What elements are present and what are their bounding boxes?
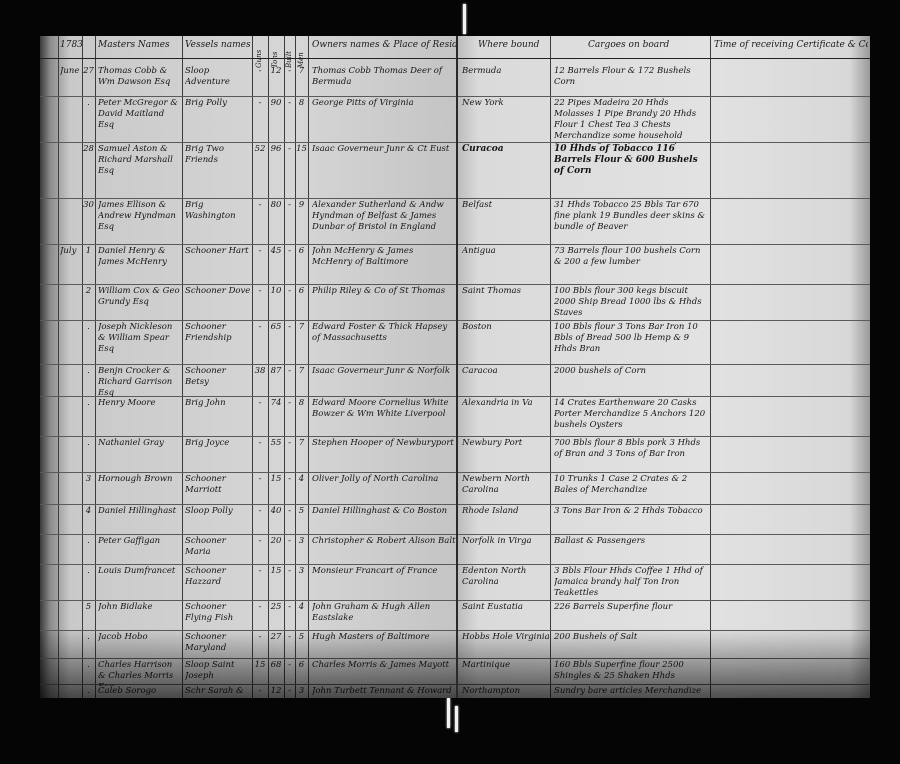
built: - (284, 366, 295, 398)
men: 8 (295, 398, 308, 438)
where-bound: New York (462, 98, 550, 144)
masters-names: Peter Gaffigan (98, 536, 182, 566)
month (60, 566, 82, 602)
day: . (82, 366, 95, 398)
vessel-name: Schooner Hart (185, 246, 252, 286)
guns: - (252, 506, 268, 536)
where-bound: Norfolk in Virga (462, 536, 550, 566)
where-bound: Curacoa (462, 144, 550, 200)
masters-names: Jacob Hobo (98, 632, 182, 660)
owners-residence: Edward Moore Cornelius White Bowzer & Wm… (312, 398, 456, 438)
day: . (82, 98, 95, 144)
vessel-name: Schooner Maryland (185, 632, 252, 660)
day: . (82, 536, 95, 566)
guns: 38 (252, 366, 268, 398)
month (60, 98, 82, 144)
guns: 52 (252, 144, 268, 200)
built: - (284, 438, 295, 474)
built: - (284, 602, 295, 632)
vessel-name: Brig John (185, 398, 252, 438)
where-bound: Boston (462, 322, 550, 366)
built: - (284, 246, 295, 286)
men: 6 (295, 660, 308, 686)
left-page: 1783 Masters Names Vessels names Guns To… (40, 36, 458, 698)
ledger-scan: 1783 Masters Names Vessels names Guns To… (0, 0, 900, 764)
month: June (60, 66, 82, 98)
where-bound: Newbury Port (462, 438, 550, 474)
month (60, 536, 82, 566)
men: 3 (295, 536, 308, 566)
guns: - (252, 322, 268, 366)
vessel-name: Schooner Marriott (185, 474, 252, 506)
tons: 80 (268, 200, 284, 246)
men: 3 (295, 686, 308, 698)
guns: - (252, 286, 268, 322)
month (60, 322, 82, 366)
men: 7 (295, 366, 308, 398)
owners-residence: Monsieur Francart of France (312, 566, 456, 602)
vessel-name: Sloop Polly (185, 506, 252, 536)
tons: 15 (268, 566, 284, 602)
vessel-name: Schooner Maria (185, 536, 252, 566)
masters-names: William Cox & Geo Grundy Esq (98, 286, 182, 322)
owners-residence: Alexander Sutherland & Andw Hyndman of B… (312, 200, 456, 246)
binding-clip-bottom-2 (455, 706, 458, 732)
header-owners: Owners names & Place of Residence (312, 40, 456, 50)
masters-names: James Ellison & Andrew Hyndman Esq (98, 200, 182, 246)
cargo: 100 Bbls flour 300 kegs biscuit 2000 Shi… (554, 286, 708, 322)
header-vessels: Vessels names (185, 40, 251, 50)
cargo: 14 Crates Earthenware 20 Casks Porter Me… (554, 398, 708, 438)
cargo: 3 Tons Bar Iron & 2 Hhds Tobacco (554, 506, 708, 536)
cargo: Ballast & Passengers (554, 536, 708, 566)
owners-residence: John McHenry & James McHenry of Baltimor… (312, 246, 456, 286)
cargo: 31 Hhds Tobacco 25 Bbls Tar 670 fine pla… (554, 200, 708, 246)
guns: - (252, 686, 268, 698)
where-bound: Hobbs Hole Virginia (462, 632, 550, 660)
right-page: Where bound Cargoes on board Time of rec… (458, 36, 870, 698)
month (60, 200, 82, 246)
tons: 90 (268, 98, 284, 144)
month (60, 144, 82, 200)
cargo: 100 Bbls flour 3 Tons Bar Iron 10 Bbls o… (554, 322, 708, 366)
tons: 87 (268, 366, 284, 398)
built: - (284, 286, 295, 322)
cargo: 22 Pipes Madeira 20 Hhds Molasses 1 Pipe… (554, 98, 708, 144)
masters-names: Hornough Brown (98, 474, 182, 506)
owners-residence: Isaac Governeur Junr & Norfolk (312, 366, 456, 398)
guns: - (252, 602, 268, 632)
masters-names: Louis Dumfrancet (98, 566, 182, 602)
where-bound: Bermuda (462, 66, 550, 98)
masters-names: Henry Moore (98, 398, 182, 438)
where-bound: Edenton North Carolina (462, 566, 550, 602)
owners-residence: John Turbett Tennant & Howard Esq Co (312, 686, 456, 698)
day: . (82, 322, 95, 366)
built: - (284, 632, 295, 660)
owners-residence: George Pitts of Virginia (312, 98, 456, 144)
header-where-bound: Where bound (478, 40, 548, 50)
masters-names: Thomas Cobb & Wm Dawson Esq (98, 66, 182, 98)
month (60, 506, 82, 536)
owners-residence: Daniel Hillinghast & Co Boston (312, 506, 456, 536)
where-bound: Martinique (462, 660, 550, 686)
cargo: 700 Bbls flour 8 Bbls pork 3 Hhds of Bra… (554, 438, 708, 474)
vessel-name: Schooner Dove (185, 286, 252, 322)
owners-residence: John Graham & Hugh Allen Eastslake (312, 602, 456, 632)
men: 7 (295, 438, 308, 474)
guns: - (252, 566, 268, 602)
tons: 40 (268, 506, 284, 536)
month (60, 602, 82, 632)
day: . (82, 398, 95, 438)
men: 8 (295, 98, 308, 144)
where-bound: Caracoa (462, 366, 550, 398)
vessel-name: Sloop Adventure (185, 66, 252, 98)
masters-names: Nathaniel Gray (98, 438, 182, 474)
owners-residence: Thomas Cobb Thomas Deer of Bermuda (312, 66, 456, 98)
owners-residence: Philip Riley & Co of St Thomas (312, 286, 456, 322)
month (60, 632, 82, 660)
where-bound: Northampton Virginia (462, 686, 550, 698)
day: . (82, 686, 95, 698)
month (60, 398, 82, 438)
men: 4 (295, 602, 308, 632)
cargo: Sundry bare articles Merchandize (554, 686, 708, 698)
vessel-name: Brig Washington (185, 200, 252, 246)
day: 1 (82, 246, 95, 286)
header-date: 1783 (60, 40, 84, 50)
binding-clip-top (463, 4, 466, 34)
guns: 15 (252, 660, 268, 686)
owners-residence: Charles Morris & James Mayott (312, 660, 456, 686)
header-built: Built (285, 42, 295, 68)
masters-names: Benjn Crocker & Richard Garrison Esq (98, 366, 182, 398)
owners-residence: Isaac Governeur Junr & Ct Eust (312, 144, 456, 200)
masters-names: Joseph Nickleson & William Spear Esq (98, 322, 182, 366)
header-tons: Tons (271, 42, 281, 68)
month: July (60, 246, 82, 286)
men: 4 (295, 474, 308, 506)
masters-names: Caleb Sorogo (98, 686, 182, 698)
built: - (284, 398, 295, 438)
month (60, 474, 82, 506)
month (60, 660, 82, 686)
tons: 68 (268, 660, 284, 686)
built: - (284, 322, 295, 366)
day: 28 (82, 144, 95, 200)
masters-names: Charles Harrison & Charles Morris Esq (98, 660, 182, 686)
guns: - (252, 438, 268, 474)
built: - (284, 566, 295, 602)
owners-residence: Christopher & Robert Alison Balt (312, 536, 456, 566)
built: - (284, 686, 295, 698)
day: 3 (82, 474, 95, 506)
month (60, 366, 82, 398)
day: 4 (82, 506, 95, 536)
header-time: Time of receiving Certificate & Consulti… (714, 40, 868, 50)
month (60, 686, 82, 698)
tons: 25 (268, 602, 284, 632)
tons: 20 (268, 536, 284, 566)
masters-names: John Bidlake (98, 602, 182, 632)
where-bound: Rhode Island (462, 506, 550, 536)
cargo: 12 Barrels Flour & 172 Bushels Corn (554, 66, 708, 98)
where-bound: Alexandria in Va (462, 398, 550, 438)
guns: - (252, 66, 268, 98)
header-cargoes: Cargoes on board (588, 40, 708, 50)
vessel-name: Brig Polly (185, 98, 252, 144)
built: - (284, 98, 295, 144)
month (60, 438, 82, 474)
tons: 27 (268, 632, 284, 660)
owners-residence: Oliver Jolly of North Carolina (312, 474, 456, 506)
guns: - (252, 246, 268, 286)
built: - (284, 66, 295, 98)
tons: 15 (268, 474, 284, 506)
built: - (284, 660, 295, 686)
men: 6 (295, 286, 308, 322)
day: . (82, 438, 95, 474)
men: 15 (295, 144, 308, 200)
built: - (284, 200, 295, 246)
header-men: Men (297, 42, 307, 68)
vessel-name: Schooner Friendship (185, 322, 252, 366)
where-bound: Saint Thomas (462, 286, 550, 322)
masters-names: Daniel Henry & James McHenry (98, 246, 182, 286)
tons: 74 (268, 398, 284, 438)
masters-names: Peter McGregor & David Maitland Esq (98, 98, 182, 144)
guns: - (252, 474, 268, 506)
tons: 10 (268, 286, 284, 322)
guns: - (252, 200, 268, 246)
masters-names: Daniel Hillinghast (98, 506, 182, 536)
guns: - (252, 398, 268, 438)
day: 5 (82, 602, 95, 632)
men: 5 (295, 632, 308, 660)
built: - (284, 536, 295, 566)
masters-names: Samuel Aston & Richard Marshall Esq (98, 144, 182, 200)
where-bound: Antigua (462, 246, 550, 286)
guns: - (252, 632, 268, 660)
vessel-name: Schr Sarah & Nancy (185, 686, 252, 698)
vessel-name: Schooner Flying Fish (185, 602, 252, 632)
tons: 12 (268, 66, 284, 98)
vessel-name: Brig Two Friends (185, 144, 252, 200)
tons: 96 (268, 144, 284, 200)
cargo: 10 Hhds of Tobacco 116 Barrels Flour & 6… (554, 144, 708, 200)
vessel-name: Schooner Betsy (185, 366, 252, 398)
vessel-name: Sloop Saint Joseph (185, 660, 252, 686)
day: 2 (82, 286, 95, 322)
vessel-name: Schooner Hazzard (185, 566, 252, 602)
men: 6 (295, 246, 308, 286)
built: - (284, 506, 295, 536)
cargo: 226 Barrels Superfine flour (554, 602, 708, 632)
owners-residence: Hugh Masters of Baltimore (312, 632, 456, 660)
men: 7 (295, 66, 308, 98)
owners-residence: Edward Foster & Thick Hapsey of Massachu… (312, 322, 456, 366)
cargo: 10 Trunks 1 Case 2 Crates & 2 Bales of M… (554, 474, 708, 506)
where-bound: Saint Eustatia (462, 602, 550, 632)
guns: - (252, 98, 268, 144)
day: 27 (82, 66, 95, 98)
tons: 12 (268, 686, 284, 698)
built: - (284, 144, 295, 200)
day: . (82, 632, 95, 660)
month (60, 286, 82, 322)
tons: 45 (268, 246, 284, 286)
header-masters: Masters Names (98, 40, 182, 50)
tons: 55 (268, 438, 284, 474)
men: 5 (295, 506, 308, 536)
cargo: 73 Barrels flour 100 bushels Corn & 200 … (554, 246, 708, 286)
built: - (284, 474, 295, 506)
owners-residence: Stephen Hooper of Newburyport (312, 438, 456, 474)
men: 3 (295, 566, 308, 602)
cargo: 3 Bbls Flour Hhds Coffee 1 Hhd of Jamaic… (554, 566, 708, 602)
cargo: 160 Bbls Superfine flour 2500 Shingles &… (554, 660, 708, 686)
guns: - (252, 536, 268, 566)
cargo: 2000 bushels of Corn (554, 366, 708, 398)
day: 30 (82, 200, 95, 246)
day: . (82, 566, 95, 602)
men: 9 (295, 200, 308, 246)
where-bound: Belfast (462, 200, 550, 246)
tons: 65 (268, 322, 284, 366)
cargo: 200 Bushels of Salt (554, 632, 708, 660)
binding-clip-bottom-1 (447, 698, 450, 728)
vessel-name: Brig Joyce (185, 438, 252, 474)
day: . (82, 660, 95, 686)
where-bound: Newbern North Carolina (462, 474, 550, 506)
men: 7 (295, 322, 308, 366)
header-guns: Guns (255, 42, 265, 68)
